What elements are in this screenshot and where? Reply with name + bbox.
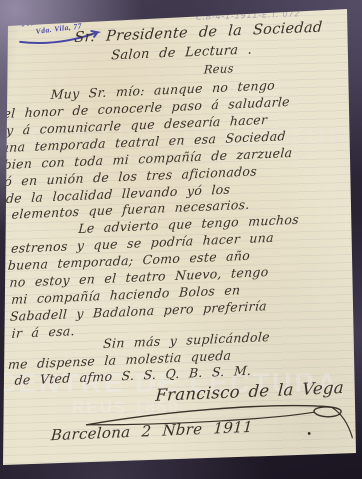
letter-photograph: CENTRE DE LECTURA REUS 1859 CENTRE DE LE… bbox=[0, 0, 362, 479]
closing-line: Sin más y suplicándole bbox=[103, 329, 271, 351]
recipient-line: Reus bbox=[203, 61, 234, 76]
recipient-line: Sr. Presidente de la Sociedad bbox=[74, 20, 323, 46]
letter-content: Sr. Presidente de la Sociedad Salon de L… bbox=[0, 0, 362, 479]
letter-line: ir á esa. bbox=[11, 323, 75, 341]
recipient-line: Salon de Lectura . bbox=[111, 42, 253, 63]
letter-paper: CENTRE DE LECTURA REUS 1859 CENTRE DE LE… bbox=[0, 0, 362, 479]
